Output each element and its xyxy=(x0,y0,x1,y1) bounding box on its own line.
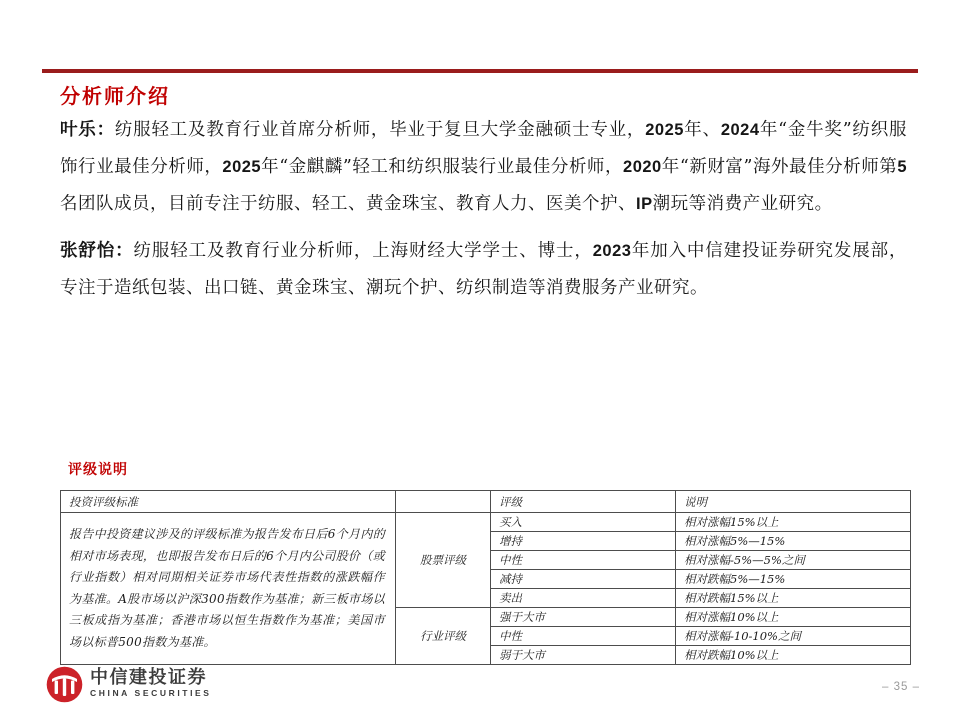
header-rating: 评级 xyxy=(491,491,676,513)
rating-cell: 减持 xyxy=(491,570,676,589)
analyst-bio-zhang-shuyi: 张舒怡：纺服轻工及教育行业分析师，上海财经大学学士、博士，2023年加入中信建投… xyxy=(60,233,907,307)
description-cell: 相对涨幅5%—15% xyxy=(676,532,911,551)
description-cell: 相对涨幅10%以上 xyxy=(676,608,911,627)
description-cell: 相对跌幅5%—15% xyxy=(676,570,911,589)
page-number: – 35 – xyxy=(882,681,920,693)
description-cell: 相对跌幅10%以上 xyxy=(676,646,911,665)
rating-cell: 中性 xyxy=(491,551,676,570)
rating-table: 投资评级标准 评级 说明 报告中投资建议涉及的评级标准为报告发布日后6个月内的相… xyxy=(60,490,911,665)
rating-cell: 中性 xyxy=(491,627,676,646)
header-blank xyxy=(396,491,491,513)
rating-cell: 强于大市 xyxy=(491,608,676,627)
top-divider-rule xyxy=(42,69,918,73)
rating-cell: 卖出 xyxy=(491,589,676,608)
description-cell: 相对涨幅-5%—5%之间 xyxy=(676,551,911,570)
rating-table-header-row: 投资评级标准 评级 说明 xyxy=(61,491,911,513)
rating-cell: 弱于大市 xyxy=(491,646,676,665)
analyst-bio-text: 纺服轻工及教育行业分析师，上海财经大学学士、博士，2023年加入中信建投证券研究… xyxy=(60,241,907,298)
report-slide: 分析师介绍 叶乐：纺服轻工及教育行业首席分析师，毕业于复旦大学金融硕士专业，20… xyxy=(0,0,960,720)
logo-company-name-cn: 中信建投证券 xyxy=(90,668,212,688)
analyst-bio-text: 纺服轻工及教育行业首席分析师，毕业于复旦大学金融硕士专业，2025年、2024年… xyxy=(60,120,907,214)
description-cell: 相对涨幅15%以上 xyxy=(676,513,911,532)
logo-company-name-en: CHINA SECURITIES xyxy=(90,688,212,699)
rating-section-heading: 评级说明 xyxy=(68,459,128,479)
logo-text: 中信建投证券 CHINA SECURITIES xyxy=(90,666,212,699)
industry-rating-category-cell: 行业评级 xyxy=(396,608,491,665)
analyst-bios: 叶乐：纺服轻工及教育行业首席分析师，毕业于复旦大学金融硕士专业，2025年、20… xyxy=(60,112,907,317)
rating-cell: 增持 xyxy=(491,532,676,551)
analyst-bio-ye-le: 叶乐：纺服轻工及教育行业首席分析师，毕业于复旦大学金融硕士专业，2025年、20… xyxy=(60,112,907,223)
csc-logo-icon xyxy=(46,666,83,703)
description-cell: 相对涨幅-10-10%之间 xyxy=(676,627,911,646)
table-row: 报告中投资建议涉及的评级标准为报告发布日后6个月内的相对市场表现，也即报告发布日… xyxy=(61,513,911,532)
criteria-text-cell: 报告中投资建议涉及的评级标准为报告发布日后6个月内的相对市场表现，也即报告发布日… xyxy=(61,513,396,665)
rating-cell: 买入 xyxy=(491,513,676,532)
header-criteria: 投资评级标准 xyxy=(61,491,396,513)
description-cell: 相对跌幅15%以上 xyxy=(676,589,911,608)
company-logo: 中信建投证券 CHINA SECURITIES xyxy=(46,666,212,703)
analyst-name: 张舒怡： xyxy=(60,241,133,261)
stock-rating-category-cell: 股票评级 xyxy=(396,513,491,608)
page-title: 分析师介绍 xyxy=(60,80,170,109)
analyst-name: 叶乐： xyxy=(60,120,115,140)
header-description: 说明 xyxy=(676,491,911,513)
